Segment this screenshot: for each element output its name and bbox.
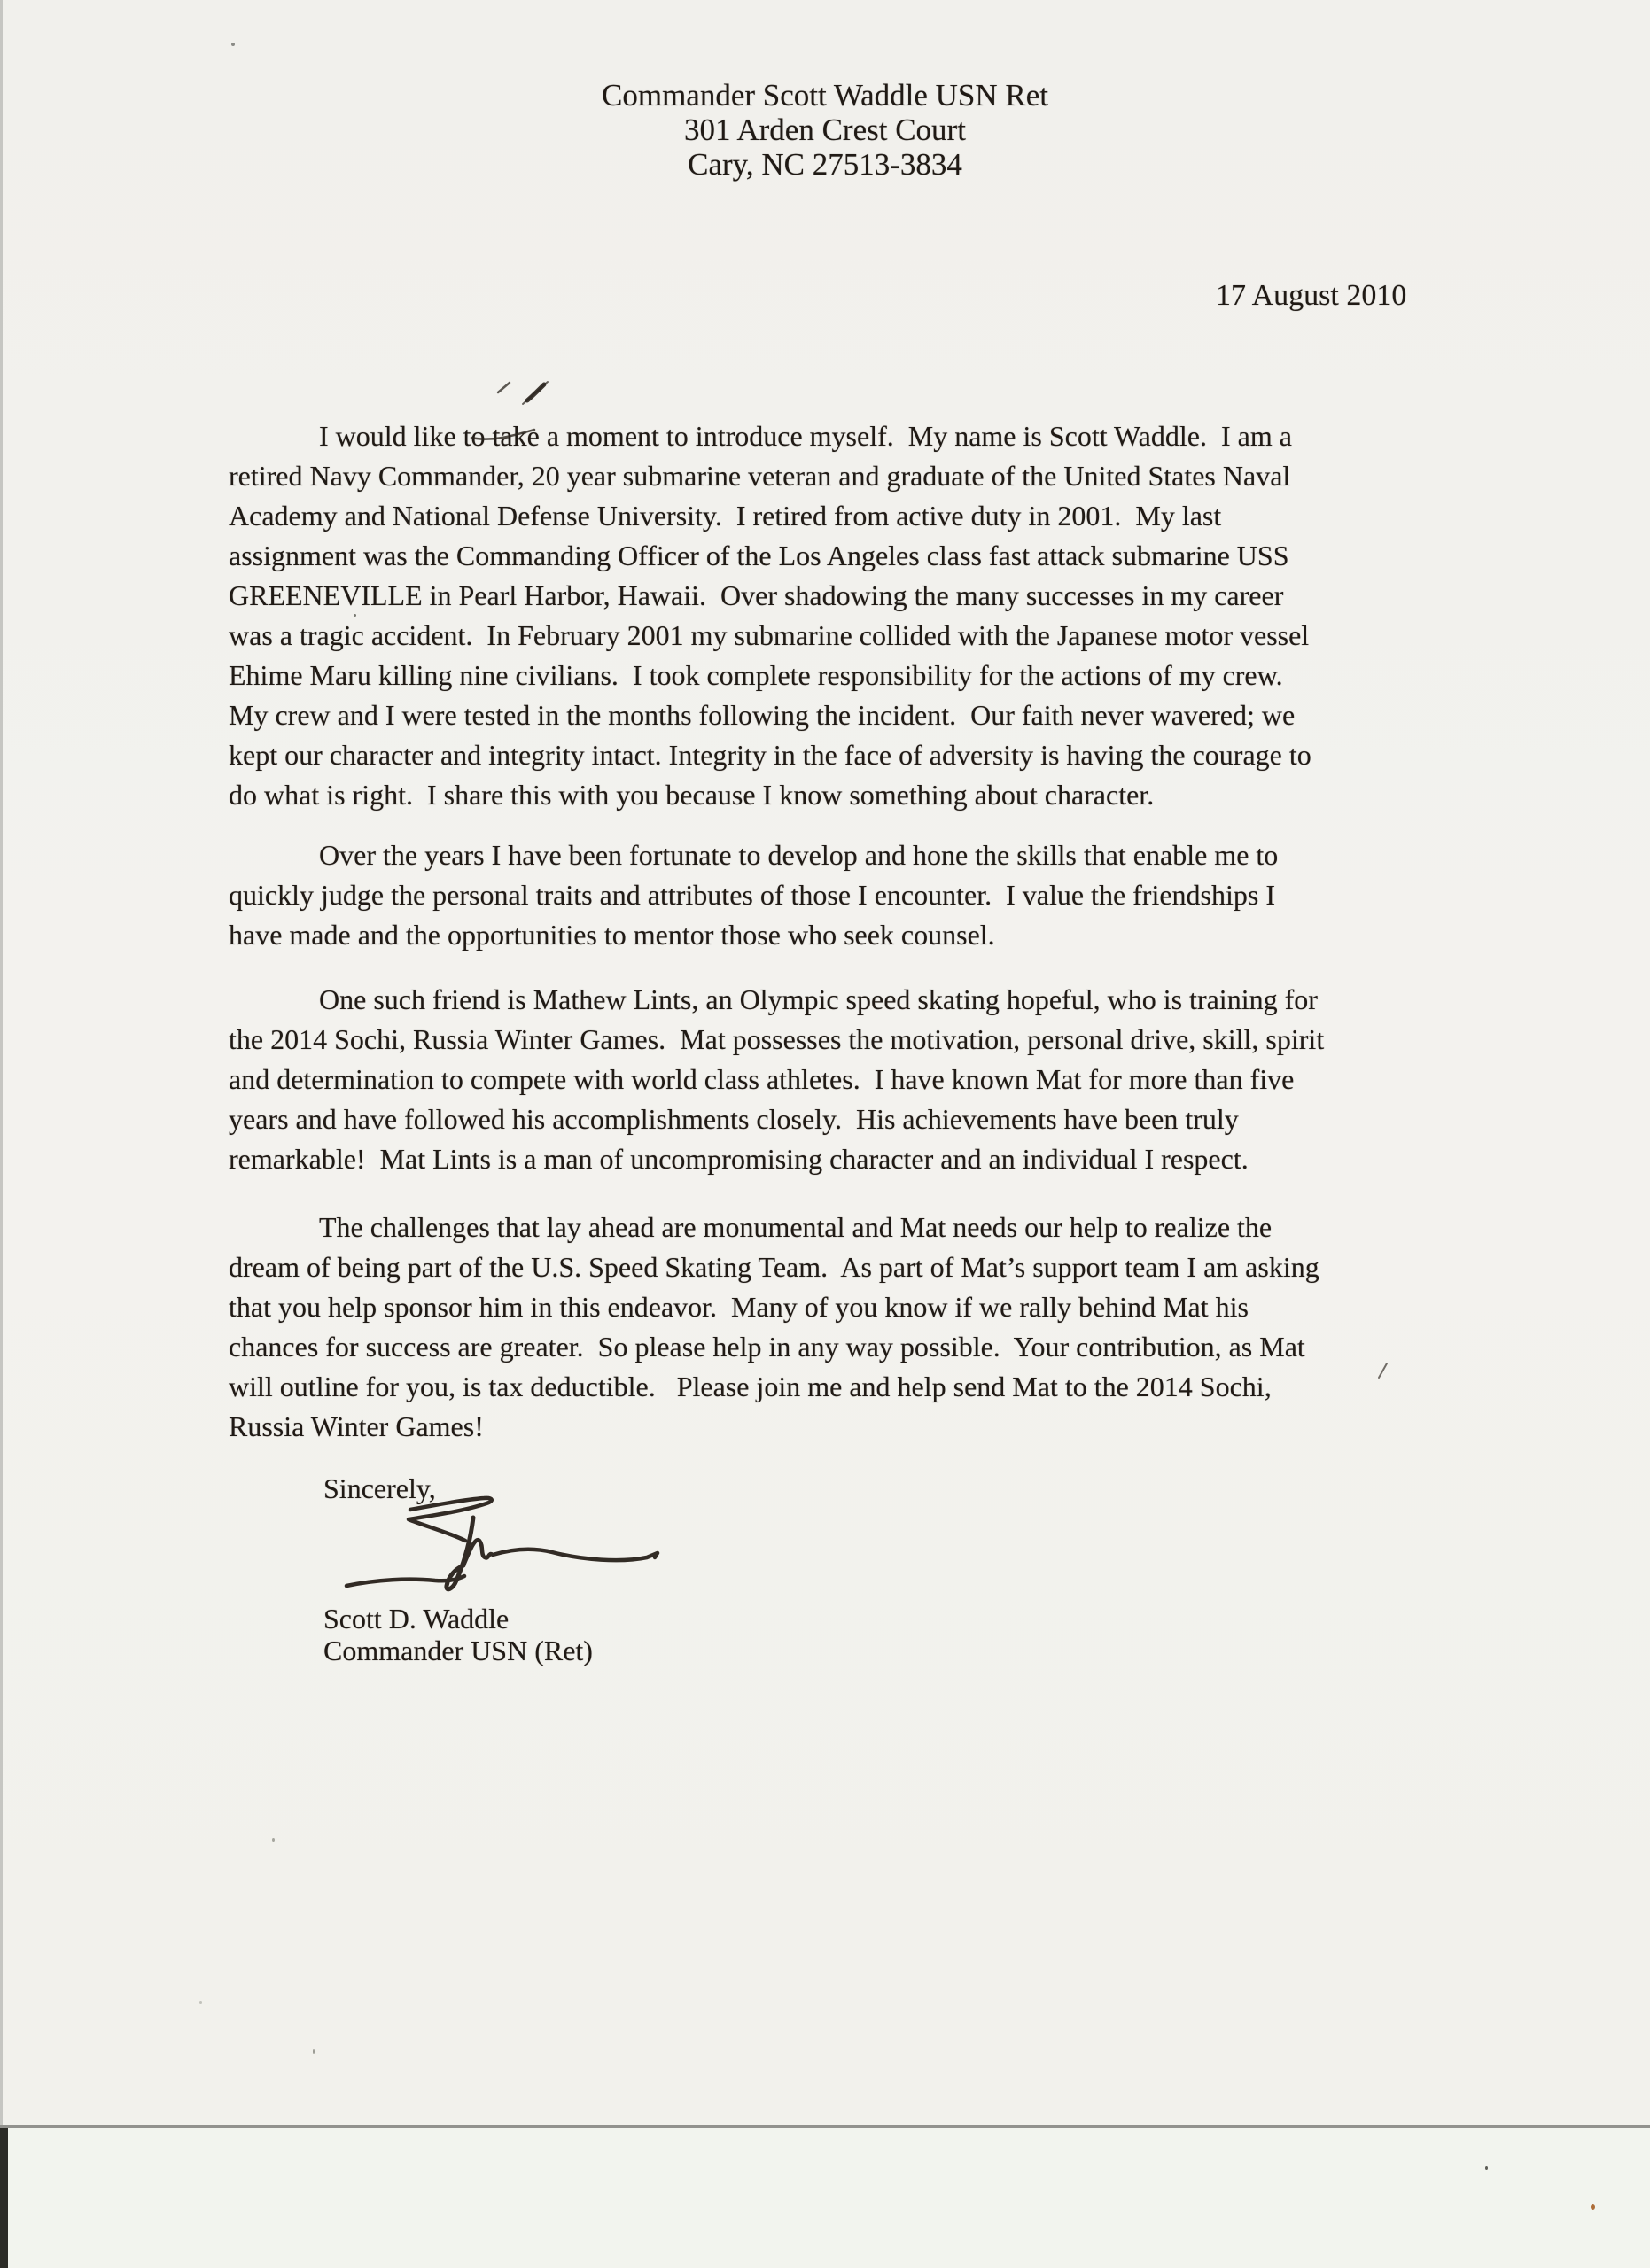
- letterhead-street: 301 Arden Crest Court: [0, 113, 1650, 147]
- letterhead: Commander Scott Waddle USN Ret 301 Arden…: [0, 78, 1650, 182]
- scanned-letter-page: Commander Scott Waddle USN Ret 301 Arden…: [0, 0, 1650, 2268]
- scan-speck: [354, 614, 356, 617]
- text-line: chances for success are greater. So plea…: [229, 1327, 1436, 1367]
- text-line: the 2014 Sochi, Russia Winter Games. Mat…: [229, 1020, 1436, 1060]
- text-line: remarkable! Mat Lints is a man of uncomp…: [229, 1139, 1436, 1179]
- valediction: Sincerely,: [323, 1469, 436, 1509]
- text-line: was a tragic accident. In February 2001 …: [229, 616, 1436, 656]
- text-line: Academy and National Defense University.…: [229, 496, 1436, 536]
- scan-speck: [199, 2001, 202, 2004]
- text-line: years and have followed his accomplishme…: [229, 1099, 1436, 1139]
- scan-speck: [1485, 2166, 1488, 2170]
- pen-slash-large-tail: [523, 382, 548, 404]
- text-line: that you help sponsor him in this endeav…: [229, 1287, 1436, 1327]
- signed-title: Commander USN (Ret): [323, 1631, 593, 1671]
- text-line: have made and the opportunities to mento…: [229, 915, 1436, 955]
- pen-slash-large: [527, 384, 544, 400]
- text-line: quickly judge the personal traits and at…: [229, 875, 1436, 915]
- text-line: I would like to take a moment to introdu…: [229, 416, 1436, 456]
- paragraph-introduction: I would like to take a moment to introdu…: [229, 416, 1436, 815]
- text-line: do what is right. I share this with you …: [229, 775, 1436, 815]
- signature-underline-stroke: [346, 1576, 464, 1586]
- pen-slash-small: [498, 383, 510, 392]
- signature-hump-and-tail-stroke: [463, 1540, 658, 1565]
- text-line: kept our character and integrity intact.…: [229, 735, 1436, 775]
- letterhead-name: Commander Scott Waddle USN Ret: [0, 78, 1650, 113]
- text-line: GREENEVILLE in Pearl Harbor, Hawaii. Ove…: [229, 576, 1436, 616]
- text-line: Russia Winter Games!: [229, 1407, 1436, 1447]
- page-corner-shadow: [0, 2128, 8, 2268]
- paragraph-sponsorship-request: The challenges that lay ahead are monume…: [229, 1208, 1436, 1447]
- text-line: One such friend is Mathew Lints, an Olym…: [229, 980, 1436, 1020]
- scanner-bed-strip: [0, 2128, 1650, 2268]
- scan-speck: [313, 2049, 315, 2054]
- text-line: and determination to compete with world …: [229, 1060, 1436, 1099]
- paragraph-mathew-lints: One such friend is Mathew Lints, an Olym…: [229, 980, 1436, 1179]
- text-line: Ehime Maru killing nine civilians. I too…: [229, 656, 1436, 695]
- text-line: Over the years I have been fortunate to …: [229, 835, 1436, 875]
- text-line: My crew and I were tested in the months …: [229, 695, 1436, 735]
- paragraph-skills: Over the years I have been fortunate to …: [229, 835, 1436, 955]
- page-left-edge-line: [0, 0, 3, 2125]
- letterhead-city-state-zip: Cary, NC 27513-3834: [0, 147, 1650, 182]
- text-line: assignment was the Commanding Officer of…: [229, 536, 1436, 576]
- date-line: 17 August 2010: [1216, 276, 1406, 315]
- text-line: The challenges that lay ahead are monume…: [229, 1208, 1436, 1247]
- scan-speck: [272, 1838, 275, 1842]
- scan-speck: [231, 43, 235, 46]
- scan-speck-rust: [1591, 2204, 1595, 2210]
- signature-tall-stroke: [447, 1518, 473, 1589]
- text-line: retired Navy Commander, 20 year submarin…: [229, 456, 1436, 496]
- text-line: dream of being part of the U.S. Speed Sk…: [229, 1247, 1436, 1287]
- text-line: will outline for you, is tax deductible.…: [229, 1367, 1436, 1407]
